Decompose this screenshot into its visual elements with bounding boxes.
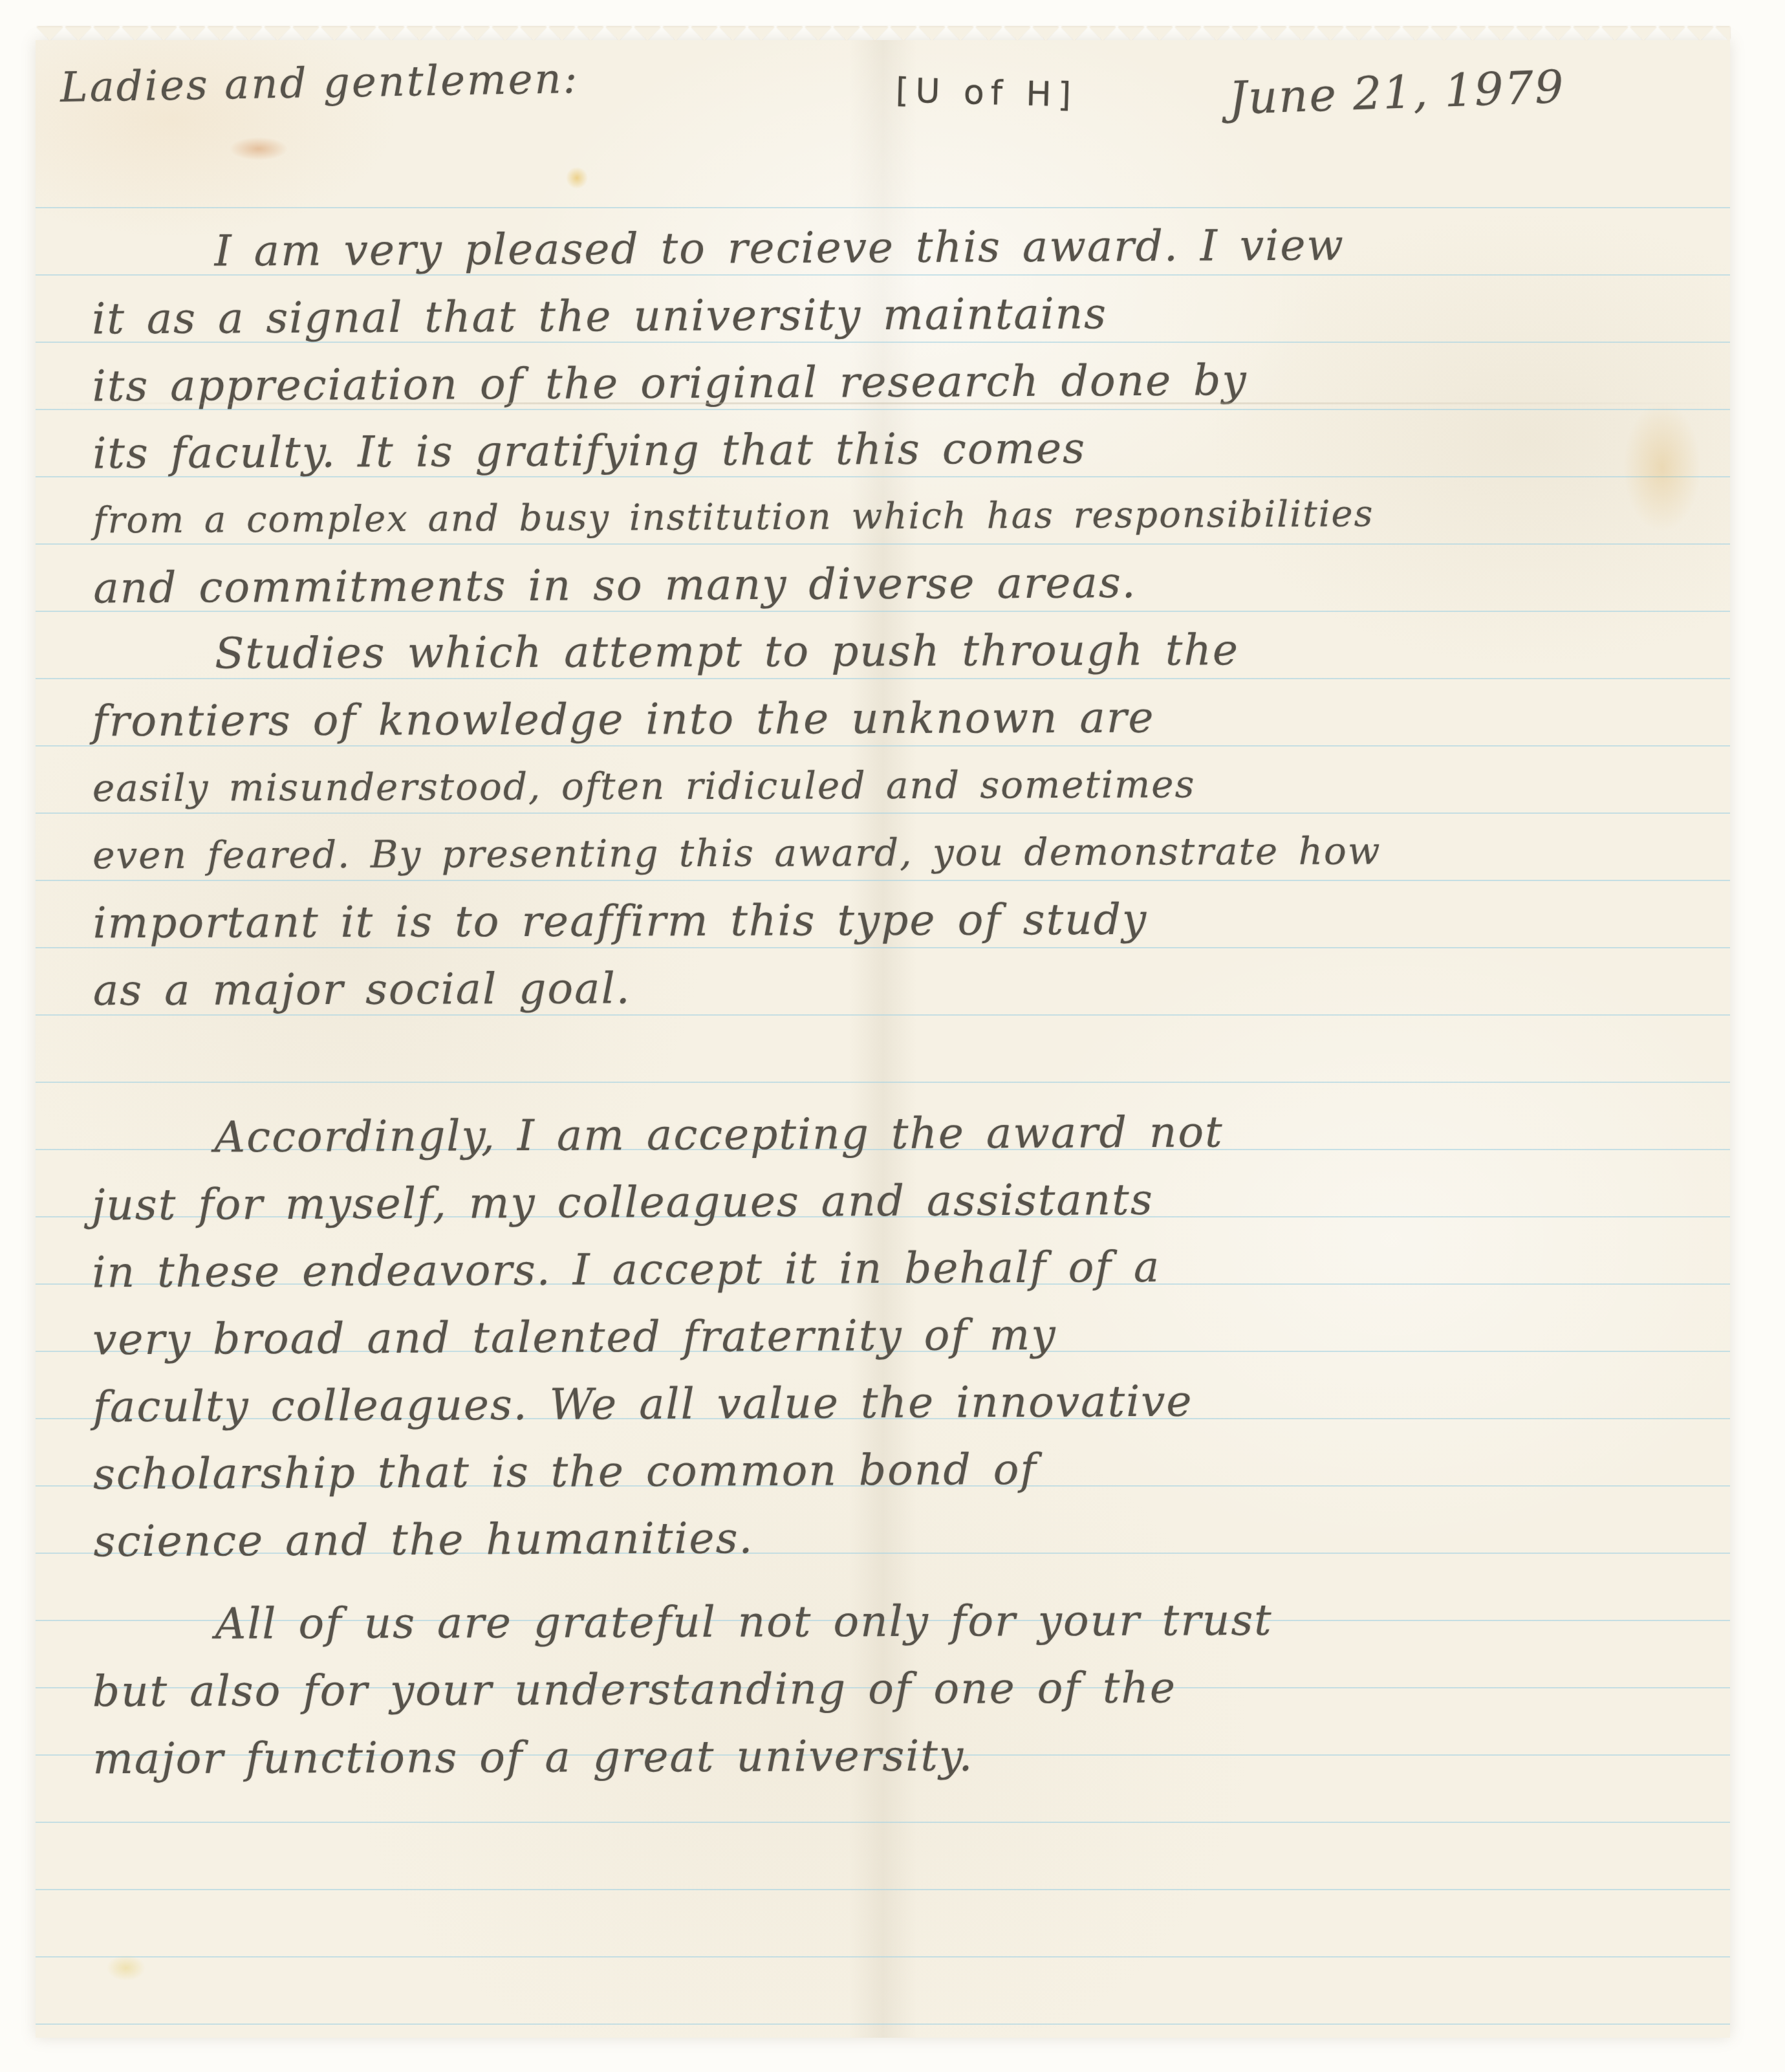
letter-paper: Ladies and gentlemen: [U of H] June 21, …: [36, 40, 1730, 2038]
handwritten-line: I am very pleased to recieve this award.…: [91, 210, 1691, 285]
handwritten-line: its appreciation of the original researc…: [92, 344, 1691, 420]
paragraph-4: All of us are grateful not only for your…: [92, 1585, 1691, 1793]
salutation: Ladies and gentlemen:: [59, 55, 579, 112]
letter-date: June 21, 1979: [1228, 60, 1566, 125]
handwritten-line: major functions of a great university.: [92, 1719, 1691, 1793]
uofh-annotation: [U of H]: [895, 71, 1077, 115]
handwritten-line: faculty colleagues. We all value the inn…: [92, 1365, 1692, 1441]
handwritten-line: scholarship that is the common bond of: [93, 1432, 1693, 1508]
handwritten-line: important it is to reaffirm this type of…: [92, 884, 1691, 957]
handwritten-line: and commitments in so many diverse areas…: [93, 546, 1693, 622]
stain: [107, 1955, 146, 1981]
handwritten-line: even feared. By presenting this award, y…: [92, 816, 1691, 889]
handwritten-line: All of us are grateful not only for your…: [92, 1585, 1691, 1658]
handwritten-line: its faculty. It is gratifying that this …: [92, 411, 1692, 487]
handwritten-line: very broad and talented fraternity of my: [92, 1298, 1692, 1373]
handwritten-line: Studies which attempt to push through th…: [92, 615, 1691, 688]
handwritten-line: science and the humanities.: [93, 1499, 1693, 1575]
handwritten-line: but also for your understanding of one o…: [92, 1652, 1691, 1725]
handwritten-line: in these endeavors. I accept it in behal…: [92, 1230, 1691, 1306]
handwritten-line: frontiers of knowledge into the unknown …: [92, 682, 1691, 755]
handwritten-line: Accordingly, I am accepting the award no…: [91, 1096, 1691, 1172]
handwritten-line: from a complex and busy institution whic…: [93, 479, 1693, 554]
paragraph-1: I am very pleased to recieve this award.…: [91, 210, 1692, 622]
handwritten-line: it as a signal that the university maint…: [92, 277, 1691, 353]
handwritten-line: easily misunderstood, often ridiculed an…: [92, 749, 1691, 822]
stain: [566, 167, 588, 189]
stain: [230, 137, 288, 160]
handwritten-line: just for myself, my colleagues and assis…: [92, 1163, 1691, 1239]
paragraph-2: Studies which attempt to push through th…: [92, 615, 1692, 1024]
paragraph-3: Accordingly, I am accepting the award no…: [91, 1096, 1693, 1575]
scan-background: { "letter": { "salutation": "Ladies and …: [0, 0, 1785, 2072]
handwritten-line: as a major social goal.: [93, 951, 1692, 1024]
